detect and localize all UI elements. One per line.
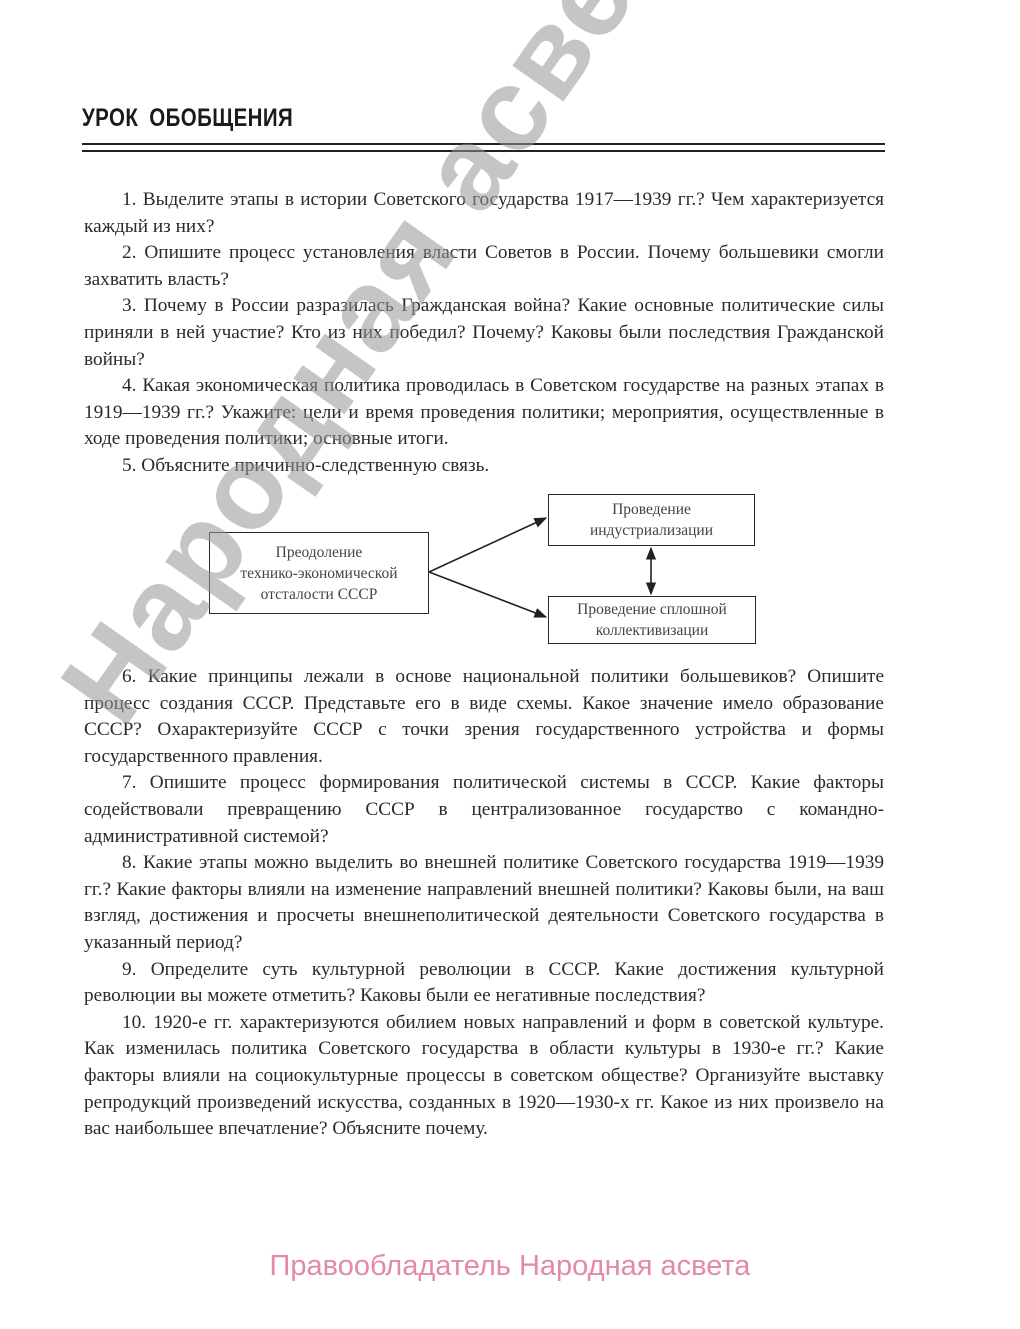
question-7: 7. Опишите процесс формирования политиче… xyxy=(84,770,884,850)
diagram-industrialization-box: Проведение индустриализации xyxy=(548,494,755,546)
question-1: 1. Выделите этапы в истории Советского г… xyxy=(84,187,884,240)
diagram-cause-line-3: отсталости СССР xyxy=(240,584,397,605)
arrow-to-collectivization xyxy=(429,572,546,617)
question-6: 6. Какие принципы лежали в основе национ… xyxy=(84,664,884,770)
diagram-top-line-1: Проведение xyxy=(590,499,713,520)
page-title: УРОК ОБОБЩЕНИЯ xyxy=(82,104,293,133)
question-3: 3. Почему в России разразилась Гражданск… xyxy=(84,293,884,373)
question-9: 9. Определите суть культурной революции … xyxy=(84,957,884,1010)
diagram-bottom-line-2: коллективизации xyxy=(577,620,727,641)
diagram-bottom-line-1: Проведение сплошной xyxy=(577,599,727,620)
question-2: 2. Опишите процесс установления власти С… xyxy=(84,240,884,293)
arrow-to-industrialization xyxy=(429,518,546,572)
questions-block-2: 6. Какие принципы лежали в основе национ… xyxy=(84,664,884,1143)
diagram-cause-line-1: Преодоление xyxy=(240,542,397,563)
questions-block-1: 1. Выделите этапы в истории Советского г… xyxy=(84,187,884,480)
diagram-cause-box: Преодоление технико-экономической отстал… xyxy=(209,532,429,614)
question-10: 10. 1920-е гг. характеризуются обилием н… xyxy=(84,1010,884,1143)
question-4: 4. Какая экономическая политика проводил… xyxy=(84,373,884,453)
diagram-collectivization-box: Проведение сплошной коллективизации xyxy=(548,596,756,644)
copyright-footer: Правообладатель Народная асвета xyxy=(0,1250,1020,1283)
question-8: 8. Какие этапы можно выделить во внешней… xyxy=(84,850,884,956)
title-rule-bottom xyxy=(82,150,885,152)
diagram-cause-line-2: технико-экономической xyxy=(240,563,397,584)
question-5: 5. Объясните причинно-следственную связь… xyxy=(84,453,884,480)
diagram-top-line-2: индустриализации xyxy=(590,520,713,541)
title-rule-top xyxy=(82,143,885,145)
